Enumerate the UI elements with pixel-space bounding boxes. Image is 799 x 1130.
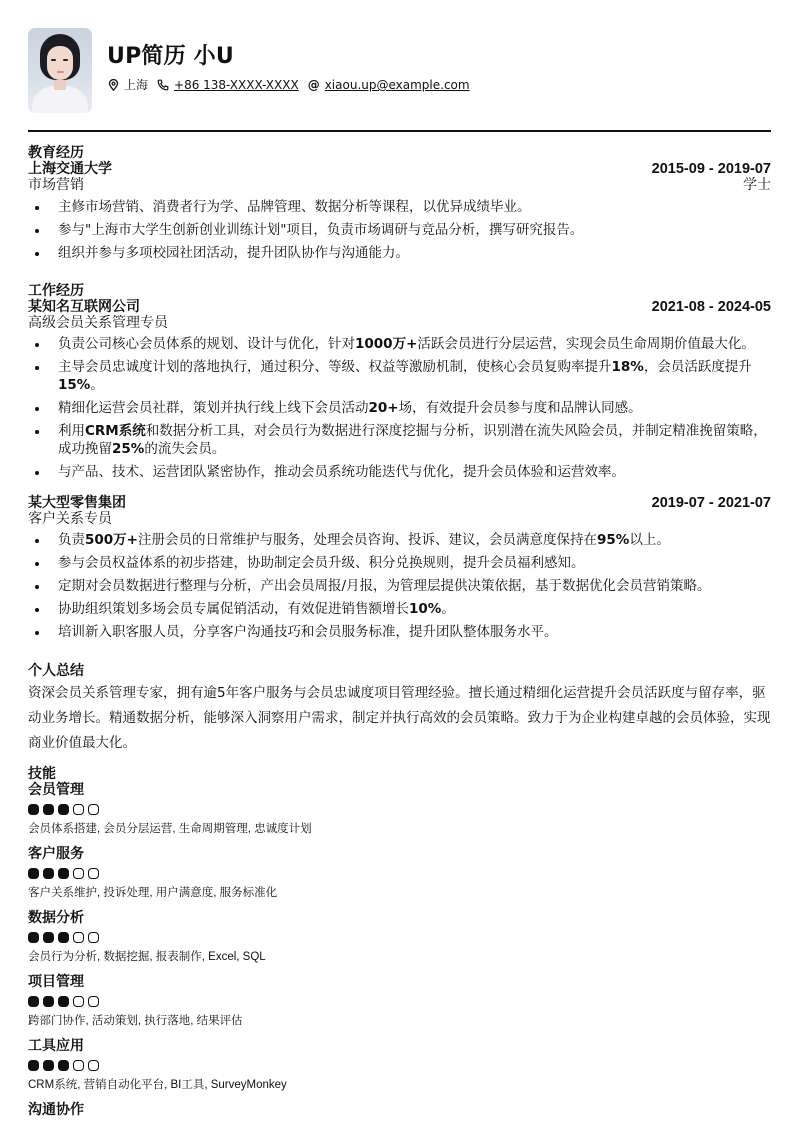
rating-dot-filled-icon	[58, 1060, 69, 1071]
rating-dot-filled-icon	[28, 996, 39, 1007]
skill-rating	[28, 804, 771, 817]
rating-dot-filled-icon	[58, 804, 69, 815]
rating-dot-empty-icon	[88, 1060, 99, 1071]
email: @ xiaou.up@example.com	[308, 77, 470, 93]
list-item: 参与会员权益体系的初步搭建，协助制定会员升级、积分兑换规则，提升会员福利感知。	[58, 554, 771, 572]
skill-keywords: 会员体系搭建, 会员分层运营, 生命周期管理, 忠诚度计划	[28, 822, 771, 836]
list-item: 负责500万+注册会员的日常维护与服务，处理会员咨询、投诉、建议，会员满意度保持…	[58, 531, 771, 549]
degree: 学士	[743, 177, 771, 193]
list-item: 与产品、技术、运营团队紧密协作，推动会员系统功能迭代与优化，提升会员体验和运营效…	[58, 463, 771, 481]
rating-dot-filled-icon	[28, 932, 39, 943]
rating-dot-filled-icon	[28, 868, 39, 879]
candidate-name: UP简历 小U	[107, 43, 479, 71]
skill-name: 工具应用	[28, 1038, 771, 1054]
phone-link[interactable]: +86 138-XXXX-XXXX	[174, 77, 299, 93]
skill-item: 沟通协作	[28, 1102, 771, 1118]
skill-item: 项目管理跨部门协作, 活动策划, 执行落地, 结果评估	[28, 974, 771, 1028]
date-range: 2019-07 - 2021-07	[652, 495, 771, 511]
rating-dot-empty-icon	[73, 996, 84, 1007]
skill-name: 会员管理	[28, 782, 771, 798]
work-section: 工作经历 某知名互联网公司 2021-08 - 2024-05 高级会员关系管理…	[28, 283, 771, 486]
section-title: 技能	[28, 766, 771, 782]
section-title: 教育经历	[28, 145, 771, 161]
phone: +86 138-XXXX-XXXX	[157, 77, 299, 93]
skill-keywords: 会员行为分析, 数据挖掘, 报表制作, Excel, SQL	[28, 950, 771, 964]
skills-section: 技能 会员管理会员体系搭建, 会员分层运营, 生命周期管理, 忠诚度计划客户服务…	[28, 766, 771, 1128]
skill-name: 项目管理	[28, 974, 771, 990]
list-item: 负责公司核心会员体系的规划、设计与优化，针对1000万+活跃会员进行分层运营，实…	[58, 335, 771, 353]
school-name: 上海交通大学	[28, 161, 112, 177]
rating-dot-empty-icon	[73, 1060, 84, 1071]
education-section: 教育经历 上海交通大学 2015-09 - 2019-07 市场营销 学士 主修…	[28, 145, 771, 267]
skill-keywords: 客户关系维护, 投诉处理, 用户满意度, 服务标准化	[28, 886, 771, 900]
list-item: 组织并参与多项校园社团活动，提升团队协作与沟通能力。	[58, 244, 771, 262]
section-title: 个人总结	[28, 663, 771, 679]
rating-dot-empty-icon	[88, 932, 99, 943]
rating-dot-empty-icon	[73, 868, 84, 879]
rating-dot-filled-icon	[28, 804, 39, 815]
at-icon: @	[308, 79, 320, 91]
major: 市场营销	[28, 177, 84, 193]
skill-rating	[28, 1060, 771, 1073]
list-item: 利用CRM系统和数据分析工具，对会员行为数据进行深度挖掘与分析，识别潜在流失风险…	[58, 422, 771, 458]
date-range: 2021-08 - 2024-05	[652, 299, 771, 315]
rating-dot-empty-icon	[88, 804, 99, 815]
skill-item: 数据分析会员行为分析, 数据挖掘, 报表制作, Excel, SQL	[28, 910, 771, 964]
summary-section: 个人总结 资深会员关系管理专家，拥有逾5年客户服务与会员忠诚度项目管理经验。擅长…	[28, 663, 771, 756]
profile-photo	[28, 28, 92, 113]
skill-rating	[28, 932, 771, 945]
list-item: 定期对会员数据进行整理与分析，产出会员周报/月报，为管理层提供决策依据，基于数据…	[58, 577, 771, 595]
rating-dot-filled-icon	[28, 1060, 39, 1071]
rating-dot-filled-icon	[43, 996, 54, 1007]
location: 上海	[107, 77, 148, 93]
map-pin-icon	[107, 79, 119, 91]
list-item: 主导会员忠诚度计划的落地执行，通过积分、等级、权益等激励机制，使核心会员复购率提…	[58, 358, 771, 394]
skill-name: 沟通协作	[28, 1102, 771, 1118]
list-item: 培训新入职客服人员，分享客户沟通技巧和会员服务标准，提升团队整体服务水平。	[58, 623, 771, 641]
education-bullets: 主修市场营销、消费者行为学、品牌管理、数据分析等课程，以优异成绩毕业。 参与"上…	[28, 198, 771, 262]
skill-name: 数据分析	[28, 910, 771, 926]
rating-dot-filled-icon	[43, 932, 54, 943]
rating-dot-empty-icon	[88, 996, 99, 1007]
job-title: 高级会员关系管理专员	[28, 315, 168, 331]
list-item: 精细化运营会员社群，策划并执行线上线下会员活动20+场，有效提升会员参与度和品牌…	[58, 399, 771, 417]
rating-dot-filled-icon	[43, 1060, 54, 1071]
skill-name: 客户服务	[28, 846, 771, 862]
rating-dot-filled-icon	[58, 868, 69, 879]
skill-keywords: CRM系统, 营销自动化平台, BI工具, SurveyMonkey	[28, 1078, 771, 1092]
rating-dot-empty-icon	[73, 804, 84, 815]
list-item: 参与"上海市大学生创新创业训练计划"项目，负责市场调研与竞品分析，撰写研究报告。	[58, 221, 771, 239]
rating-dot-empty-icon	[88, 868, 99, 879]
email-link[interactable]: xiaou.up@example.com	[325, 77, 470, 93]
company-name: 某大型零售集团	[28, 495, 126, 511]
date-range: 2015-09 - 2019-07	[652, 161, 771, 177]
job-title: 客户关系专员	[28, 511, 112, 527]
contact-info: 上海 +86 138-XXXX-XXXX @ xiaou.up@example.…	[107, 77, 479, 93]
rating-dot-empty-icon	[73, 932, 84, 943]
skill-keywords: 跨部门协作, 活动策划, 执行落地, 结果评估	[28, 1014, 771, 1028]
summary-text: 资深会员关系管理专家，拥有逾5年客户服务与会员忠诚度项目管理经验。擅长通过精细化…	[28, 681, 771, 756]
resume-header: UP简历 小U 上海 +86 138-XXXX-XXXX @ xiaou.u	[28, 28, 771, 114]
resume-page: UP简历 小U 上海 +86 138-XXXX-XXXX @ xiaou.u	[28, 28, 771, 114]
list-item: 协助组织策划多场会员专属促销活动，有效促进销售额增长10%。	[58, 600, 771, 618]
company-name: 某知名互联网公司	[28, 299, 140, 315]
skill-item: 会员管理会员体系搭建, 会员分层运营, 生命周期管理, 忠诚度计划	[28, 782, 771, 836]
phone-icon	[157, 79, 169, 91]
skill-rating	[28, 996, 771, 1009]
rating-dot-filled-icon	[58, 932, 69, 943]
skill-rating	[28, 868, 771, 881]
rating-dot-filled-icon	[58, 996, 69, 1007]
rating-dot-filled-icon	[43, 868, 54, 879]
rating-dot-filled-icon	[43, 804, 54, 815]
skills-list: 会员管理会员体系搭建, 会员分层运营, 生命周期管理, 忠诚度计划客户服务客户关…	[28, 782, 771, 1118]
work-bullets: 负责公司核心会员体系的规划、设计与优化，针对1000万+活跃会员进行分层运营，实…	[28, 335, 771, 481]
section-title: 工作经历	[28, 283, 771, 299]
header-divider	[28, 130, 771, 132]
skill-item: 客户服务客户关系维护, 投诉处理, 用户满意度, 服务标准化	[28, 846, 771, 900]
list-item: 主修市场营销、消费者行为学、品牌管理、数据分析等课程，以优异成绩毕业。	[58, 198, 771, 216]
work-entry-2: 某大型零售集团 2019-07 - 2021-07 客户关系专员 负责500万+…	[28, 495, 771, 646]
skill-item: 工具应用CRM系统, 营销自动化平台, BI工具, SurveyMonkey	[28, 1038, 771, 1092]
work-bullets: 负责500万+注册会员的日常维护与服务，处理会员咨询、投诉、建议，会员满意度保持…	[28, 531, 771, 641]
